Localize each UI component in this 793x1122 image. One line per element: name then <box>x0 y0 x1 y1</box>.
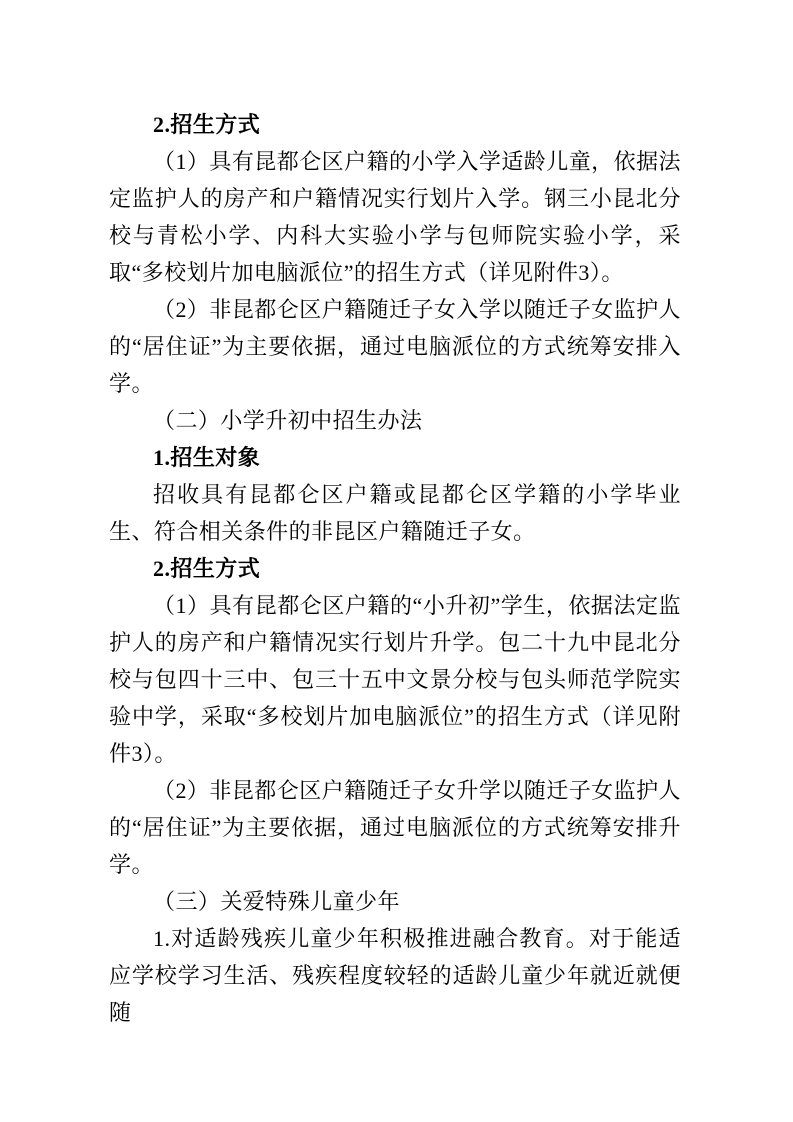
body-paragraph: 招收具有昆都仑区户籍或昆都仑区学籍的小学毕业生、符合相关条件的非昆区户籍随迁子女… <box>109 476 681 550</box>
heading-paragraph: 2.招生方式 <box>109 106 681 143</box>
heading-paragraph: 1.招生对象 <box>109 439 681 476</box>
body-paragraph: （1）具有昆都仑区户籍的小学入学适龄儿童，依据法定监护人的房产和户籍情况实行划片… <box>109 143 681 291</box>
document-body: 2.招生方式（1）具有昆都仑区户籍的小学入学适龄儿童，依据法定监护人的房产和户籍… <box>109 106 681 1031</box>
body-paragraph: （三）关爱特殊儿童少年 <box>109 883 681 920</box>
body-paragraph: （2）非昆都仑区户籍随迁子女入学以随迁子女监护人的“居住证”为主要依据，通过电脑… <box>109 291 681 402</box>
heading-paragraph: 2.招生方式 <box>109 550 681 587</box>
body-paragraph: （2）非昆都仑区户籍随迁子女升学以随迁子女监护人的“居住证”为主要依据，通过电脑… <box>109 772 681 883</box>
body-paragraph: （二）小学升初中招生办法 <box>109 402 681 439</box>
document-page: 2.招生方式（1）具有昆都仑区户籍的小学入学适龄儿童，依据法定监护人的房产和户籍… <box>0 0 793 1122</box>
body-paragraph: （1）具有昆都仑区户籍的“小升初”学生，依据法定监护人的房产和户籍情况实行划片升… <box>109 587 681 772</box>
body-paragraph: 1.对适龄残疾儿童少年积极推进融合教育。对于能适应学校学习生活、残疾程度较轻的适… <box>109 920 681 1031</box>
